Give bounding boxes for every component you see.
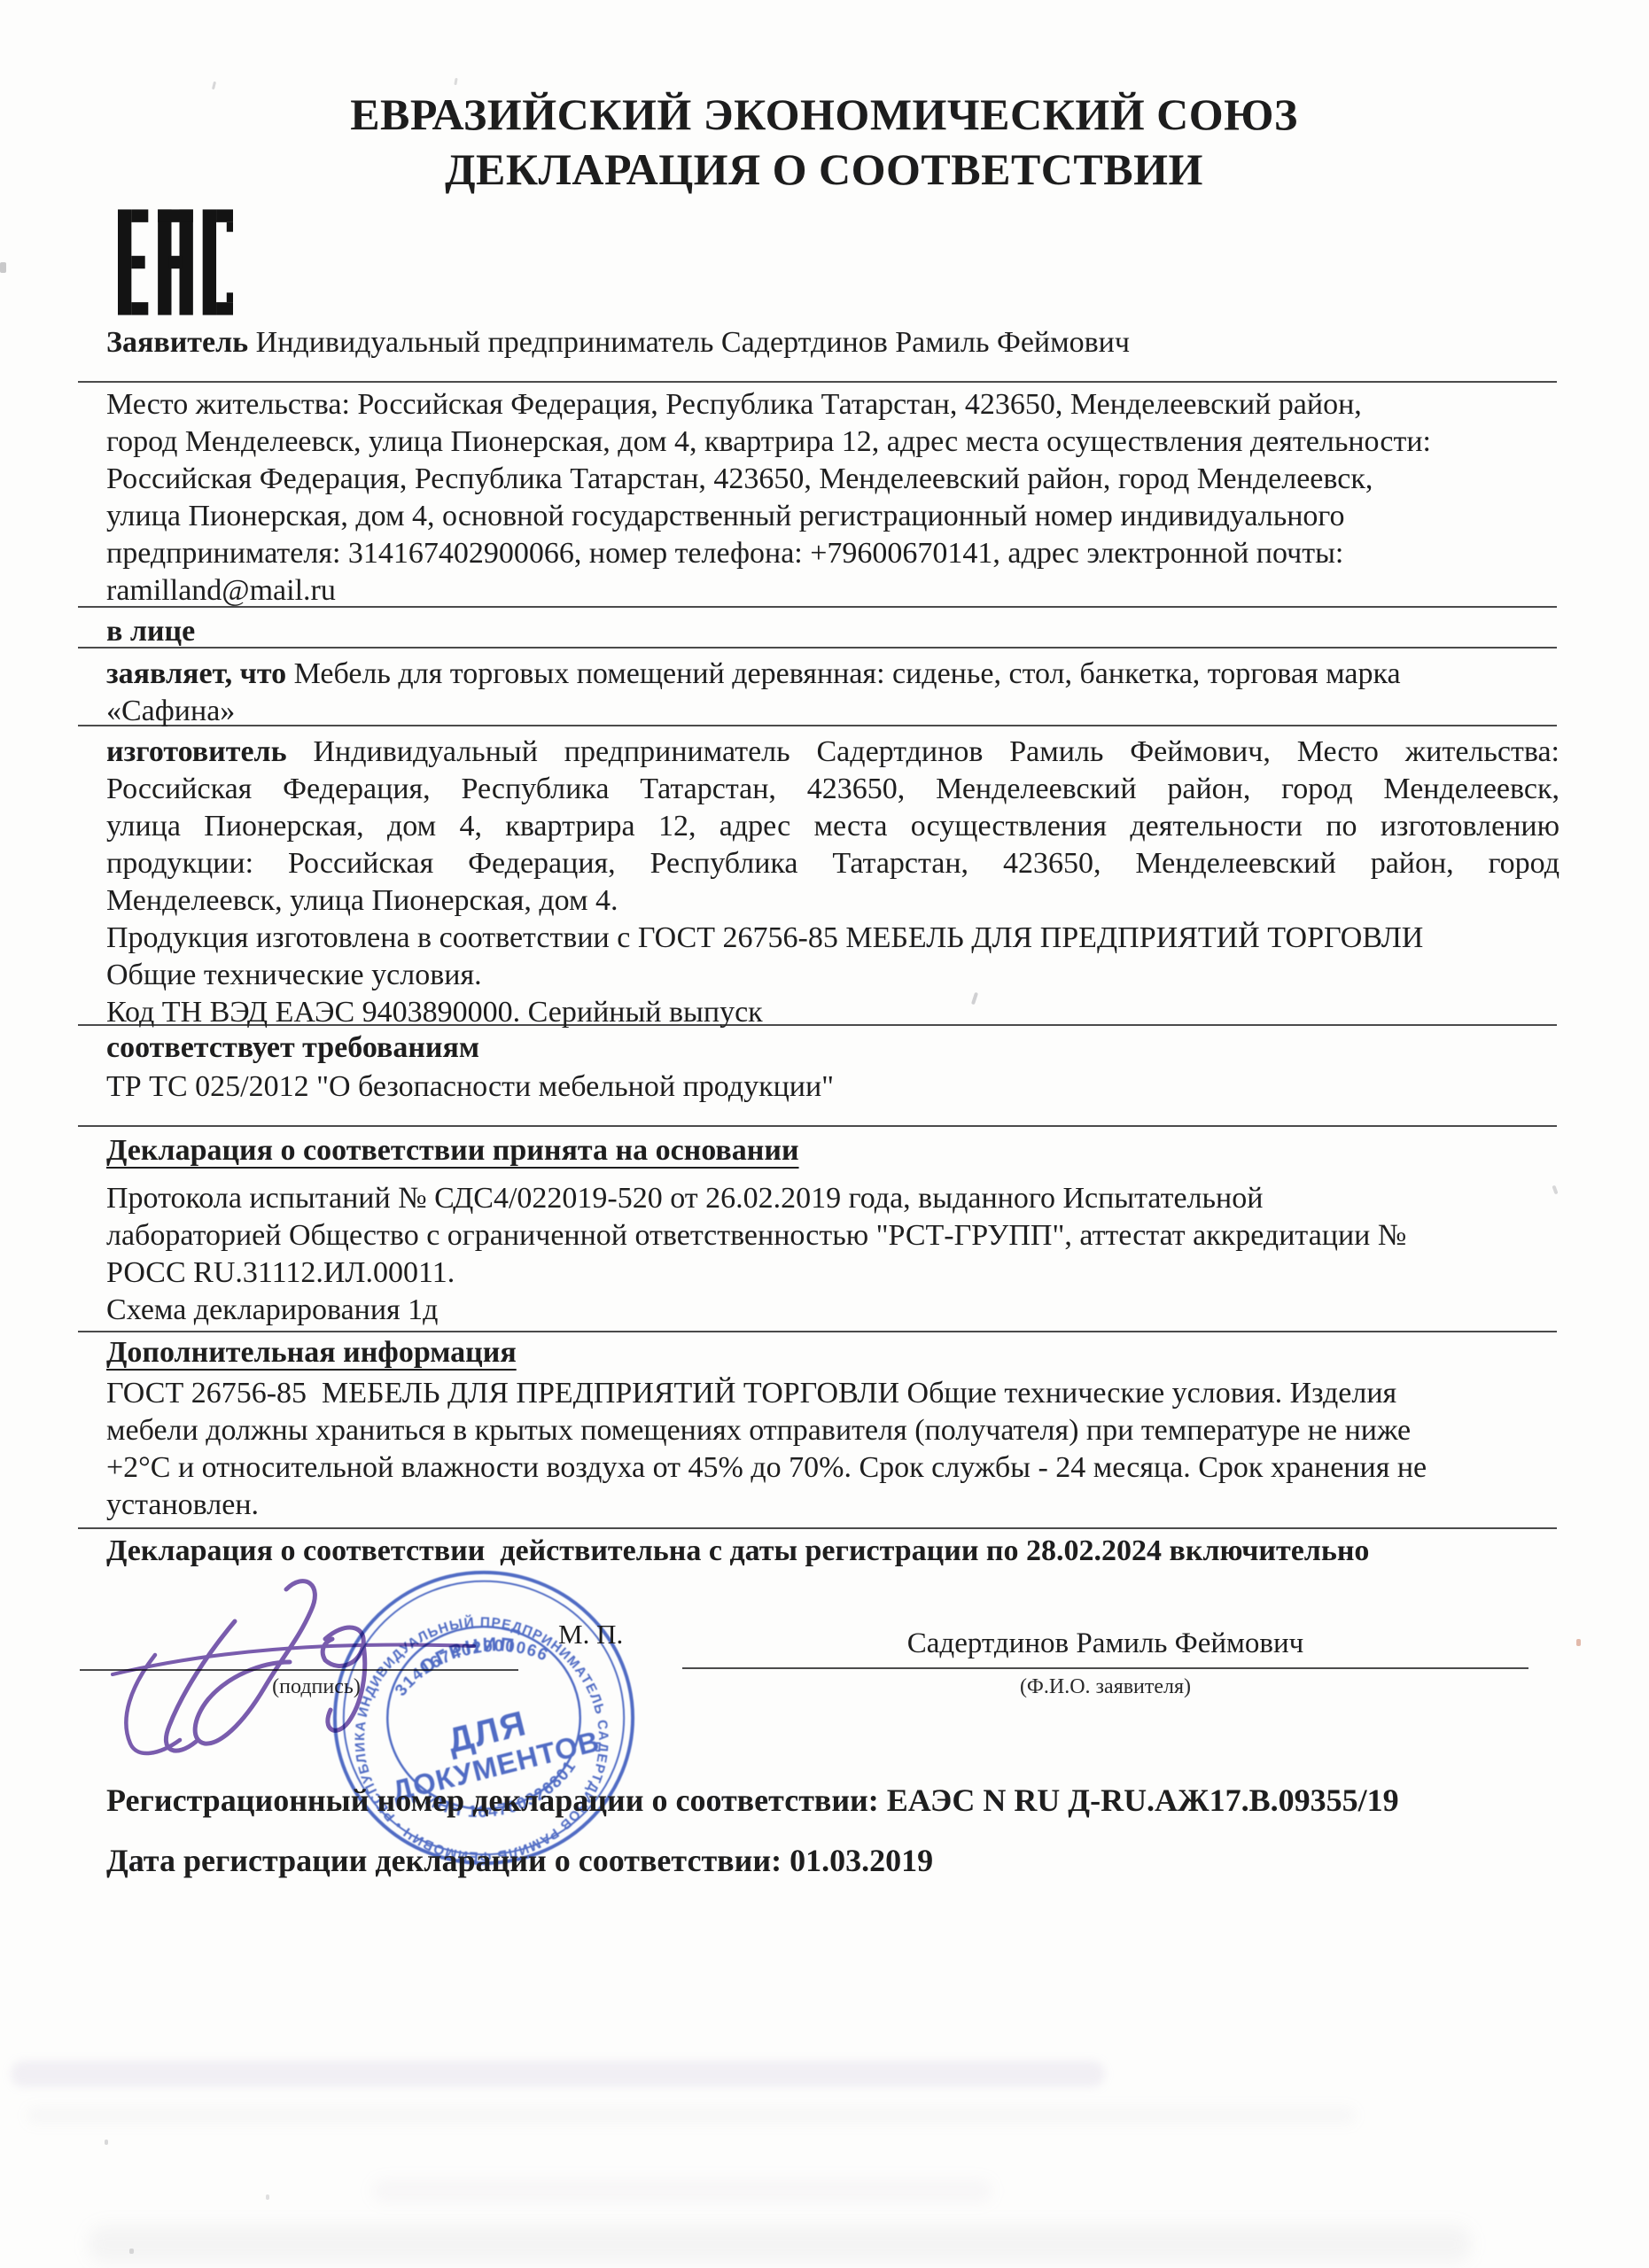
divider-rule [78, 1125, 1557, 1127]
declares-text: Мебель для торговых помещений деревянная… [286, 657, 1401, 690]
manufacturer-address: Российская Федерация, Республика Татарст… [106, 771, 1560, 882]
additional-heading: Дополнительная информация [106, 1334, 517, 1371]
manufacturer-line1: Индивидуальный предприниматель Садертдин… [287, 735, 1560, 768]
manufacturer-paragraph: изготовитель Индивидуальный предпринимат… [106, 734, 1560, 1031]
title-line-union: ЕВРАЗИЙСКИЙ ЭКОНОМИЧЕСКИЙ СОЮЗ [159, 89, 1489, 140]
scan-speck [454, 78, 457, 85]
mp-label: М. П. [558, 1616, 623, 1653]
divider-rule [78, 1024, 1557, 1026]
tr-ts-line: ТР ТС 025/2012 "О безопасности мебельной… [106, 1068, 1560, 1106]
manufacturer-tail: Менделеевск, улица Пионерская, дом 4.Про… [106, 882, 1560, 1031]
scan-speck [129, 2249, 134, 2254]
residence-paragraph: Место жительства: Российская Федерация, … [106, 386, 1560, 610]
additional-paragraph: ГОСТ 26756-85 МЕБЕЛЬ ДЛЯ ПРЕДПРИЯТИЙ ТОР… [106, 1375, 1560, 1524]
fio-line [682, 1667, 1528, 1669]
divider-rule [78, 1527, 1557, 1529]
divider-rule [78, 647, 1557, 649]
divider-rule [78, 1331, 1557, 1332]
applicant-value: Индивидуальный предприниматель Садертдин… [248, 326, 1130, 359]
applicant-line: Заявитель Индивидуальный предприниматель… [106, 324, 1560, 361]
scan-speck [1576, 1639, 1581, 1646]
registration-date-line: Дата регистрации декларации о соответств… [106, 1841, 1577, 1880]
divider-rule [78, 725, 1557, 726]
round-stamp: ИНДИВИДУАЛЬНЫЙ ПРЕДПРИНИМАТЕЛЬ САДЕРТДИН… [326, 1565, 642, 1871]
eac-logo [118, 204, 233, 321]
declares-label: заявляет, что [106, 657, 286, 690]
scan-smudge [89, 2225, 1471, 2263]
divider-rule [78, 381, 1557, 383]
scan-smudge [27, 2107, 1356, 2124]
scan-smudge [11, 2061, 1105, 2087]
page-title: ЕВРАЗИЙСКИЙ ЭКОНОМИЧЕСКИЙ СОЮЗ ДЕКЛАРАЦИ… [159, 89, 1489, 195]
protocol-paragraph: Протокола испытаний № СДС4/022019-520 от… [106, 1180, 1560, 1329]
adopted-heading: Декларация о соответствии принята на осн… [106, 1132, 799, 1169]
divider-rule [78, 606, 1557, 608]
scan-speck [105, 2140, 108, 2145]
applicant-label: Заявитель [106, 326, 248, 359]
scan-smudge [372, 2179, 992, 2202]
fio-caption: (Ф.И.О. заявителя) [682, 1674, 1528, 1699]
scan-speck [0, 262, 6, 273]
complies-heading: соответствует требованиям [106, 1029, 479, 1067]
manufacturer-label: изготовитель [106, 735, 287, 768]
scan-speck [266, 2194, 269, 2200]
registration-number-line: Регистрационный номер декларации о соотв… [106, 1781, 1577, 1820]
applicant-fio: Садертдинов Рамиль Феймович [682, 1625, 1528, 1662]
in-person-heading: в лице [106, 613, 195, 650]
declaration-subject: заявляет, что Мебель для торговых помеще… [106, 656, 1560, 730]
document-page: ЕВРАЗИЙСКИЙ ЭКОНОМИЧЕСКИЙ СОЮЗ ДЕКЛАРАЦИ… [0, 0, 1649, 2268]
title-line-declaration: ДЕКЛАРАЦИЯ О СООТВЕТСТВИИ [159, 144, 1489, 195]
